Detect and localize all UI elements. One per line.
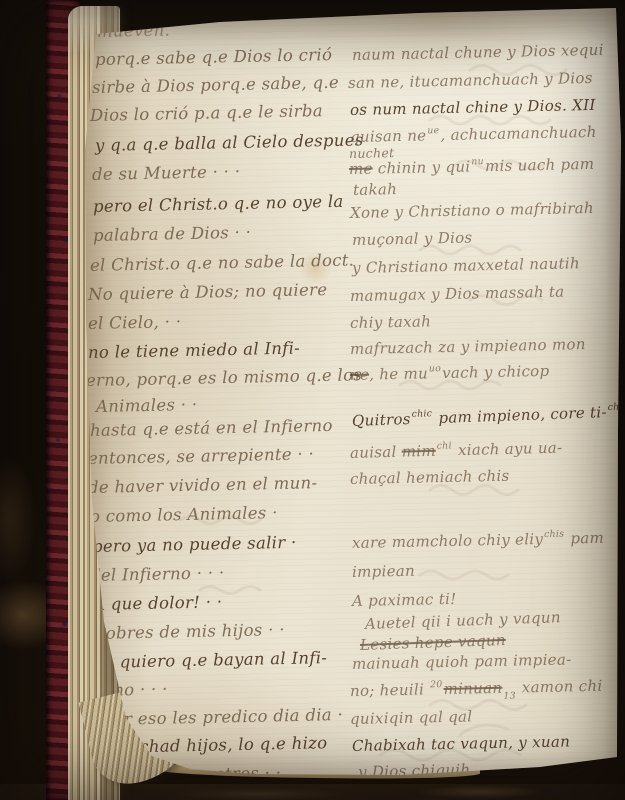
manuscript-line: chiy taxah	[350, 312, 431, 332]
manuscript-line: Animales · ·	[96, 395, 198, 416]
manuscript-line: Pobres de mis hijos · ·	[95, 620, 285, 643]
manuscript-line: chaçal hemiach chis	[350, 467, 510, 488]
manuscript-line: de su Muerte · · ·	[92, 162, 241, 184]
manuscript-line: muçonal y Dios	[352, 228, 473, 249]
manuscript-line: palabra de Dios · ·	[93, 223, 252, 245]
manuscript-line: del Infierno · · ·	[90, 563, 225, 585]
manuscript-line: takah	[353, 180, 398, 199]
manuscript-line: quixiqin qal qal	[350, 707, 473, 728]
manuscript-line: o como los Animales ·	[90, 503, 278, 526]
manuscript-photo: mueven.porq.e sabe q.e Dios lo criósirbe…	[0, 0, 625, 800]
manuscript-line: impiean	[352, 562, 415, 581]
manuscript-line: A que dolor! · ·	[93, 592, 223, 614]
manuscript-line: A paximac ti!	[352, 590, 457, 610]
manuscript-line: el Cielo, · ·	[88, 312, 182, 333]
